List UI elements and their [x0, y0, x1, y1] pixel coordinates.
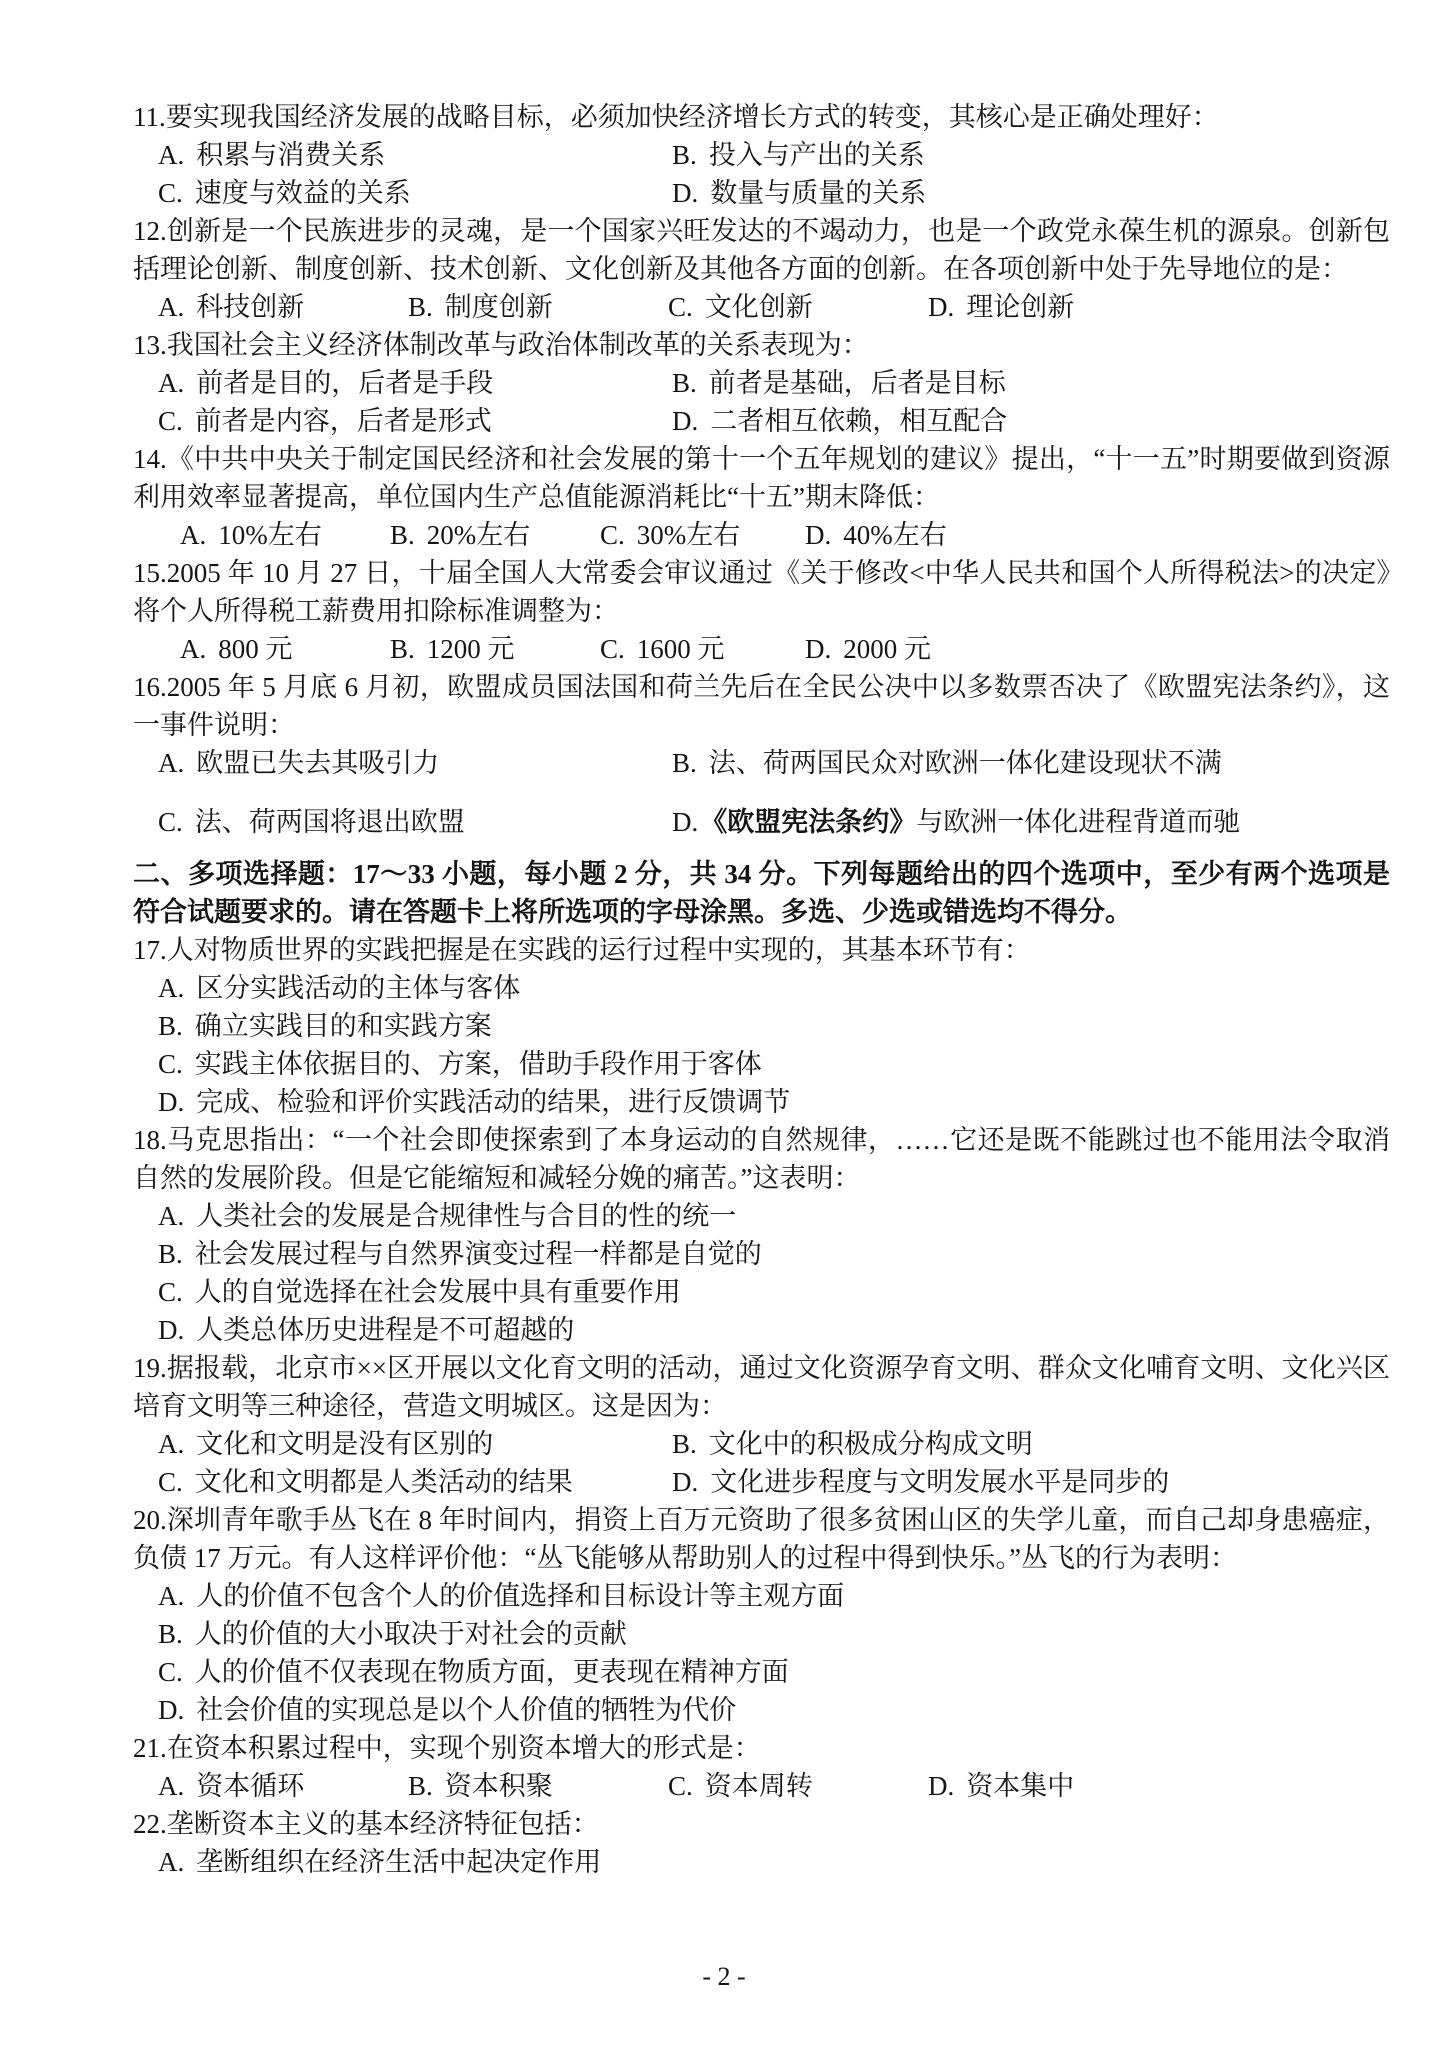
option-label: A. [158, 368, 184, 398]
option-text: 科技创新 [196, 292, 304, 322]
question-21-option-d: D.资本集中 [928, 1767, 1390, 1805]
option-text: 法、荷两国将退出欧盟 [195, 807, 465, 837]
question-17-option-d: D.完成、检验和评价实践活动的结果，进行反馈调节 [158, 1083, 1390, 1121]
question-18: 18.马克思指出：“一个社会即使探索到了本身运动的自然规律，……它还是既不能跳过… [133, 1121, 1390, 1349]
option-label: D. [672, 807, 698, 837]
question-17-stem: 17.人对物质世界的实践把握是在实践的运行过程中实现的，其基本环节有： [133, 931, 1390, 969]
option-text: 前者是基础，后者是目标 [709, 368, 1006, 398]
option-label: B. [672, 140, 697, 170]
option-text: 社会价值的实现总是以个人价值的牺牲为代价 [196, 1695, 736, 1725]
option-label: C. [158, 1467, 183, 1497]
question-17-option-c: C.实践主体依据目的、方案，借助手段作用于客体 [158, 1045, 1390, 1083]
option-text: 确立实践目的和实践方案 [195, 1011, 492, 1041]
option-label: A. [158, 292, 184, 322]
question-12-option-d: D.理论创新 [928, 288, 1390, 326]
option-label: A. [158, 1201, 184, 1231]
option-text: 欧盟已失去其吸引力 [196, 748, 439, 778]
question-15-options: A.800 元 B.1200 元 C.1600 元 D.2000 元 [180, 630, 1390, 668]
question-16-option-c: C.法、荷两国将退出欧盟 [158, 803, 672, 841]
option-text: 社会发展过程与自然界演变过程一样都是自觉的 [195, 1239, 762, 1269]
option-text: 前者是目的，后者是手段 [196, 368, 493, 398]
question-15-option-a: A.800 元 [180, 630, 390, 668]
question-11-option-a: A.积累与消费关系 [158, 136, 672, 174]
question-18-stem: 18.马克思指出：“一个社会即使探索到了本身运动的自然规律，……它还是既不能跳过… [133, 1121, 1390, 1197]
option-text: 1200 元 [427, 634, 515, 664]
option-label: D. [158, 1315, 184, 1345]
question-12-option-b: B.制度创新 [408, 288, 668, 326]
option-text: 垄断组织在经济生活中起决定作用 [196, 1847, 601, 1877]
option-label: C. [668, 1771, 693, 1801]
question-14-option-d: D.40%左右 [805, 516, 1390, 554]
question-19: 19.据报载，北京市××区开展以文化育文明的活动，通过文化资源孕育文明、群众文化… [133, 1349, 1390, 1501]
option-text: 积累与消费关系 [196, 140, 385, 170]
question-13-stem: 13.我国社会主义经济体制改革与政治体制改革的关系表现为： [133, 326, 1390, 364]
option-text-bold: 《欧盟宪法条约》 [700, 807, 916, 837]
option-text: 前者是内容，后者是形式 [195, 406, 492, 436]
option-text: 与欧洲一体化进程背道而驰 [916, 807, 1240, 837]
question-18-option-b: B.社会发展过程与自然界演变过程一样都是自觉的 [158, 1235, 1390, 1273]
question-21: 21.在资本积累过程中，实现个别资本增大的形式是： A.资本循环 B.资本积聚 … [133, 1729, 1390, 1805]
option-label: B. [672, 748, 697, 778]
question-13-options: A.前者是目的，后者是手段 B.前者是基础，后者是目标 C.前者是内容，后者是形… [158, 364, 1390, 440]
question-21-option-a: A.资本循环 [158, 1767, 408, 1805]
option-text: 资本周转 [705, 1771, 813, 1801]
option-label: A. [158, 140, 184, 170]
option-label: C. [600, 520, 625, 550]
question-20-option-a: A.人的价值不包含个人的价值选择和目标设计等主观方面 [158, 1577, 1390, 1615]
question-20-option-c: C.人的价值不仅表现在物质方面，更表现在精神方面 [158, 1653, 1390, 1691]
question-12-stem: 12.创新是一个民族进步的灵魂，是一个国家兴旺发达的不竭动力，也是一个政党永葆生… [133, 212, 1390, 288]
option-label: B. [408, 292, 433, 322]
option-label: C. [158, 807, 183, 837]
option-text: 人的价值不包含个人的价值选择和目标设计等主观方面 [196, 1581, 844, 1611]
question-22-option-a: A.垄断组织在经济生活中起决定作用 [158, 1843, 1390, 1881]
question-18-option-c: C.人的自觉选择在社会发展中具有重要作用 [158, 1273, 1390, 1311]
option-text: 20%左右 [427, 520, 531, 550]
option-label: B. [158, 1619, 183, 1649]
option-label: C. [158, 1277, 183, 1307]
option-label: B. [672, 1429, 697, 1459]
exam-page-content: 11.要实现我国经济发展的战略目标，必须加快经济增长方式的转变，其核心是正确处理… [0, 0, 1448, 1881]
option-text: 制度创新 [445, 292, 553, 322]
question-18-options: A.人类社会的发展是合规律性与合目的性的统一 B.社会发展过程与自然界演变过程一… [133, 1197, 1390, 1349]
option-text: 人类总体历史进程是不可超越的 [196, 1315, 574, 1345]
option-label: A. [158, 1771, 184, 1801]
option-label: A. [158, 973, 184, 1003]
question-21-option-b: B.资本积聚 [408, 1767, 668, 1805]
question-16-option-d: D.《欧盟宪法条约》与欧洲一体化进程背道而驰 [672, 803, 1390, 841]
option-label: D. [805, 520, 831, 550]
option-text: 区分实践活动的主体与客体 [196, 973, 520, 1003]
question-14-stem: 14.《中共中央关于制定国民经济和社会发展的第十一个五年规划的建议》提出，“十一… [133, 440, 1390, 516]
option-text: 资本集中 [966, 1771, 1074, 1801]
option-text: 理论创新 [966, 292, 1074, 322]
option-label: D. [158, 1695, 184, 1725]
page-number: - 2 - [0, 1962, 1448, 1992]
option-label: B. [158, 1011, 183, 1041]
question-11-option-c: C.速度与效益的关系 [158, 174, 672, 212]
question-16-option-a: A.欧盟已失去其吸引力 [158, 744, 672, 782]
question-20-stem: 20.深圳青年歌手丛飞在 8 年时间内，捐资上百万元资助了很多贫困山区的失学儿童… [133, 1501, 1390, 1577]
option-label: B. [672, 368, 697, 398]
option-label: C. [158, 1049, 183, 1079]
option-text: 40%左右 [843, 520, 947, 550]
question-11-options: A.积累与消费关系 B.投入与产出的关系 C.速度与效益的关系 D.数量与质量的… [158, 136, 1390, 212]
option-label: B. [390, 520, 415, 550]
option-text: 文化中的积极成分构成文明 [709, 1429, 1033, 1459]
option-label: C. [668, 292, 693, 322]
question-17-options: A.区分实践活动的主体与客体 B.确立实践目的和实践方案 C.实践主体依据目的、… [133, 969, 1390, 1121]
question-19-option-d: D.文化进步程度与文明发展水平是同步的 [672, 1463, 1390, 1501]
question-21-stem: 21.在资本积累过程中，实现个别资本增大的形式是： [133, 1729, 1390, 1767]
option-text: 1600 元 [637, 634, 725, 664]
option-label: D. [672, 406, 698, 436]
question-19-option-a: A.文化和文明是没有区别的 [158, 1425, 672, 1463]
option-label: B. [158, 1239, 183, 1269]
question-21-option-c: C.资本周转 [668, 1767, 928, 1805]
question-11-stem: 11.要实现我国经济发展的战略目标，必须加快经济增长方式的转变，其核心是正确处理… [133, 98, 1390, 136]
option-text: 资本积聚 [445, 1771, 553, 1801]
question-20: 20.深圳青年歌手丛飞在 8 年时间内，捐资上百万元资助了很多贫困山区的失学儿童… [133, 1501, 1390, 1729]
option-text: 人的价值的大小取决于对社会的贡献 [195, 1619, 627, 1649]
option-text: 二者相互依赖，相互配合 [710, 406, 1007, 436]
option-text: 人类社会的发展是合规律性与合目的性的统一 [196, 1201, 736, 1231]
question-15-option-b: B.1200 元 [390, 630, 600, 668]
question-13: 13.我国社会主义经济体制改革与政治体制改革的关系表现为： A.前者是目的，后者… [133, 326, 1390, 440]
question-22: 22.垄断资本主义的基本经济特征包括： A.垄断组织在经济生活中起决定作用 [133, 1805, 1390, 1881]
question-14-option-b: B.20%左右 [390, 516, 600, 554]
question-18-option-a: A.人类社会的发展是合规律性与合目的性的统一 [158, 1197, 1390, 1235]
question-17-option-b: B.确立实践目的和实践方案 [158, 1007, 1390, 1045]
option-text: 资本循环 [196, 1771, 304, 1801]
option-label: C. [158, 1657, 183, 1687]
question-18-option-d: D.人类总体历史进程是不可超越的 [158, 1311, 1390, 1349]
option-text: 文化和文明是没有区别的 [196, 1429, 493, 1459]
question-14: 14.《中共中央关于制定国民经济和社会发展的第十一个五年规划的建议》提出，“十一… [133, 440, 1390, 554]
option-text: 文化和文明都是人类活动的结果 [195, 1467, 573, 1497]
question-14-option-a: A.10%左右 [180, 516, 390, 554]
question-17: 17.人对物质世界的实践把握是在实践的运行过程中实现的，其基本环节有： A.区分… [133, 931, 1390, 1121]
option-label: A. [158, 1429, 184, 1459]
option-label: A. [158, 1847, 184, 1877]
option-text: 实践主体依据目的、方案，借助手段作用于客体 [195, 1049, 762, 1079]
question-12: 12.创新是一个民族进步的灵魂，是一个国家兴旺发达的不竭动力，也是一个政党永葆生… [133, 212, 1390, 326]
question-11: 11.要实现我国经济发展的战略目标，必须加快经济增长方式的转变，其核心是正确处理… [133, 98, 1390, 212]
option-label: C. [600, 634, 625, 664]
question-11-option-d: D.数量与质量的关系 [672, 174, 1390, 212]
question-11-option-b: B.投入与产出的关系 [672, 136, 1390, 174]
option-label: A. [158, 1581, 184, 1611]
question-12-option-c: C.文化创新 [668, 288, 928, 326]
question-19-options: A.文化和文明是没有区别的 B.文化中的积极成分构成文明 C.文化和文明都是人类… [158, 1425, 1390, 1501]
question-20-option-b: B.人的价值的大小取决于对社会的贡献 [158, 1615, 1390, 1653]
option-text: 文化创新 [705, 292, 813, 322]
option-label: D. [928, 292, 954, 322]
section-2-header: 二、多项选择题：17～33 小题，每小题 2 分，共 34 分。下列每题给出的四… [133, 855, 1390, 931]
question-15: 15.2005 年 10 月 27 日，十届全国人大常委会审议通过《关于修改<中… [133, 554, 1390, 668]
option-label: C. [158, 178, 183, 208]
question-13-option-b: B.前者是基础，后者是目标 [672, 364, 1390, 402]
question-22-options: A.垄断组织在经济生活中起决定作用 [133, 1843, 1390, 1881]
question-22-stem: 22.垄断资本主义的基本经济特征包括： [133, 1805, 1390, 1843]
question-12-option-a: A.科技创新 [158, 288, 408, 326]
question-15-stem: 15.2005 年 10 月 27 日，十届全国人大常委会审议通过《关于修改<中… [133, 554, 1390, 630]
option-label: B. [408, 1771, 433, 1801]
option-text: 文化进步程度与文明发展水平是同步的 [710, 1467, 1169, 1497]
option-label: D. [672, 1467, 698, 1497]
option-text: 人的自觉选择在社会发展中具有重要作用 [195, 1277, 681, 1307]
question-16: 16.2005 年 5 月底 6 月初，欧盟成员国法国和荷兰先后在全民公决中以多… [133, 668, 1390, 841]
option-text: 人的价值不仅表现在物质方面，更表现在精神方面 [195, 1657, 789, 1687]
question-17-option-a: A.区分实践活动的主体与客体 [158, 969, 1390, 1007]
question-20-option-d: D.社会价值的实现总是以个人价值的牺牲为代价 [158, 1691, 1390, 1729]
option-text: 数量与质量的关系 [710, 178, 926, 208]
question-19-option-c: C.文化和文明都是人类活动的结果 [158, 1463, 672, 1501]
question-19-option-b: B.文化中的积极成分构成文明 [672, 1425, 1390, 1463]
option-text: 速度与效益的关系 [195, 178, 411, 208]
question-16-options: A.欧盟已失去其吸引力 B.法、荷两国民众对欧洲一体化建设现状不满 C.法、荷两… [158, 744, 1390, 841]
option-label: A. [158, 748, 184, 778]
question-13-option-c: C.前者是内容，后者是形式 [158, 402, 672, 440]
option-text: 10%左右 [218, 520, 322, 550]
option-text: 30%左右 [637, 520, 741, 550]
option-label: D. [928, 1771, 954, 1801]
question-14-options: A.10%左右 B.20%左右 C.30%左右 D.40%左右 [180, 516, 1390, 554]
option-text: 800 元 [218, 634, 292, 664]
question-16-option-b: B.法、荷两国民众对欧洲一体化建设现状不满 [672, 744, 1390, 782]
question-16-stem: 16.2005 年 5 月底 6 月初，欧盟成员国法国和荷兰先后在全民公决中以多… [133, 668, 1390, 744]
option-label: B. [390, 634, 415, 664]
question-13-option-d: D.二者相互依赖，相互配合 [672, 402, 1390, 440]
question-13-option-a: A.前者是目的，后者是手段 [158, 364, 672, 402]
question-12-options: A.科技创新 B.制度创新 C.文化创新 D.理论创新 [158, 288, 1390, 326]
option-label: A. [180, 520, 206, 550]
option-label: D. [158, 1087, 184, 1117]
option-label: D. [805, 634, 831, 664]
option-text: 投入与产出的关系 [709, 140, 925, 170]
question-14-option-c: C.30%左右 [600, 516, 805, 554]
option-text: 完成、检验和评价实践活动的结果，进行反馈调节 [196, 1087, 790, 1117]
option-label: A. [180, 634, 206, 664]
question-21-options: A.资本循环 B.资本积聚 C.资本周转 D.资本集中 [158, 1767, 1390, 1805]
option-label: C. [158, 406, 183, 436]
option-text: 法、荷两国民众对欧洲一体化建设现状不满 [709, 748, 1222, 778]
option-label: D. [672, 178, 698, 208]
question-19-stem: 19.据报载，北京市××区开展以文化育文明的活动，通过文化资源孕育文明、群众文化… [133, 1349, 1390, 1425]
question-15-option-c: C.1600 元 [600, 630, 805, 668]
option-text: 2000 元 [843, 634, 931, 664]
question-15-option-d: D.2000 元 [805, 630, 1390, 668]
question-20-options: A.人的价值不包含个人的价值选择和目标设计等主观方面 B.人的价值的大小取决于对… [133, 1577, 1390, 1729]
